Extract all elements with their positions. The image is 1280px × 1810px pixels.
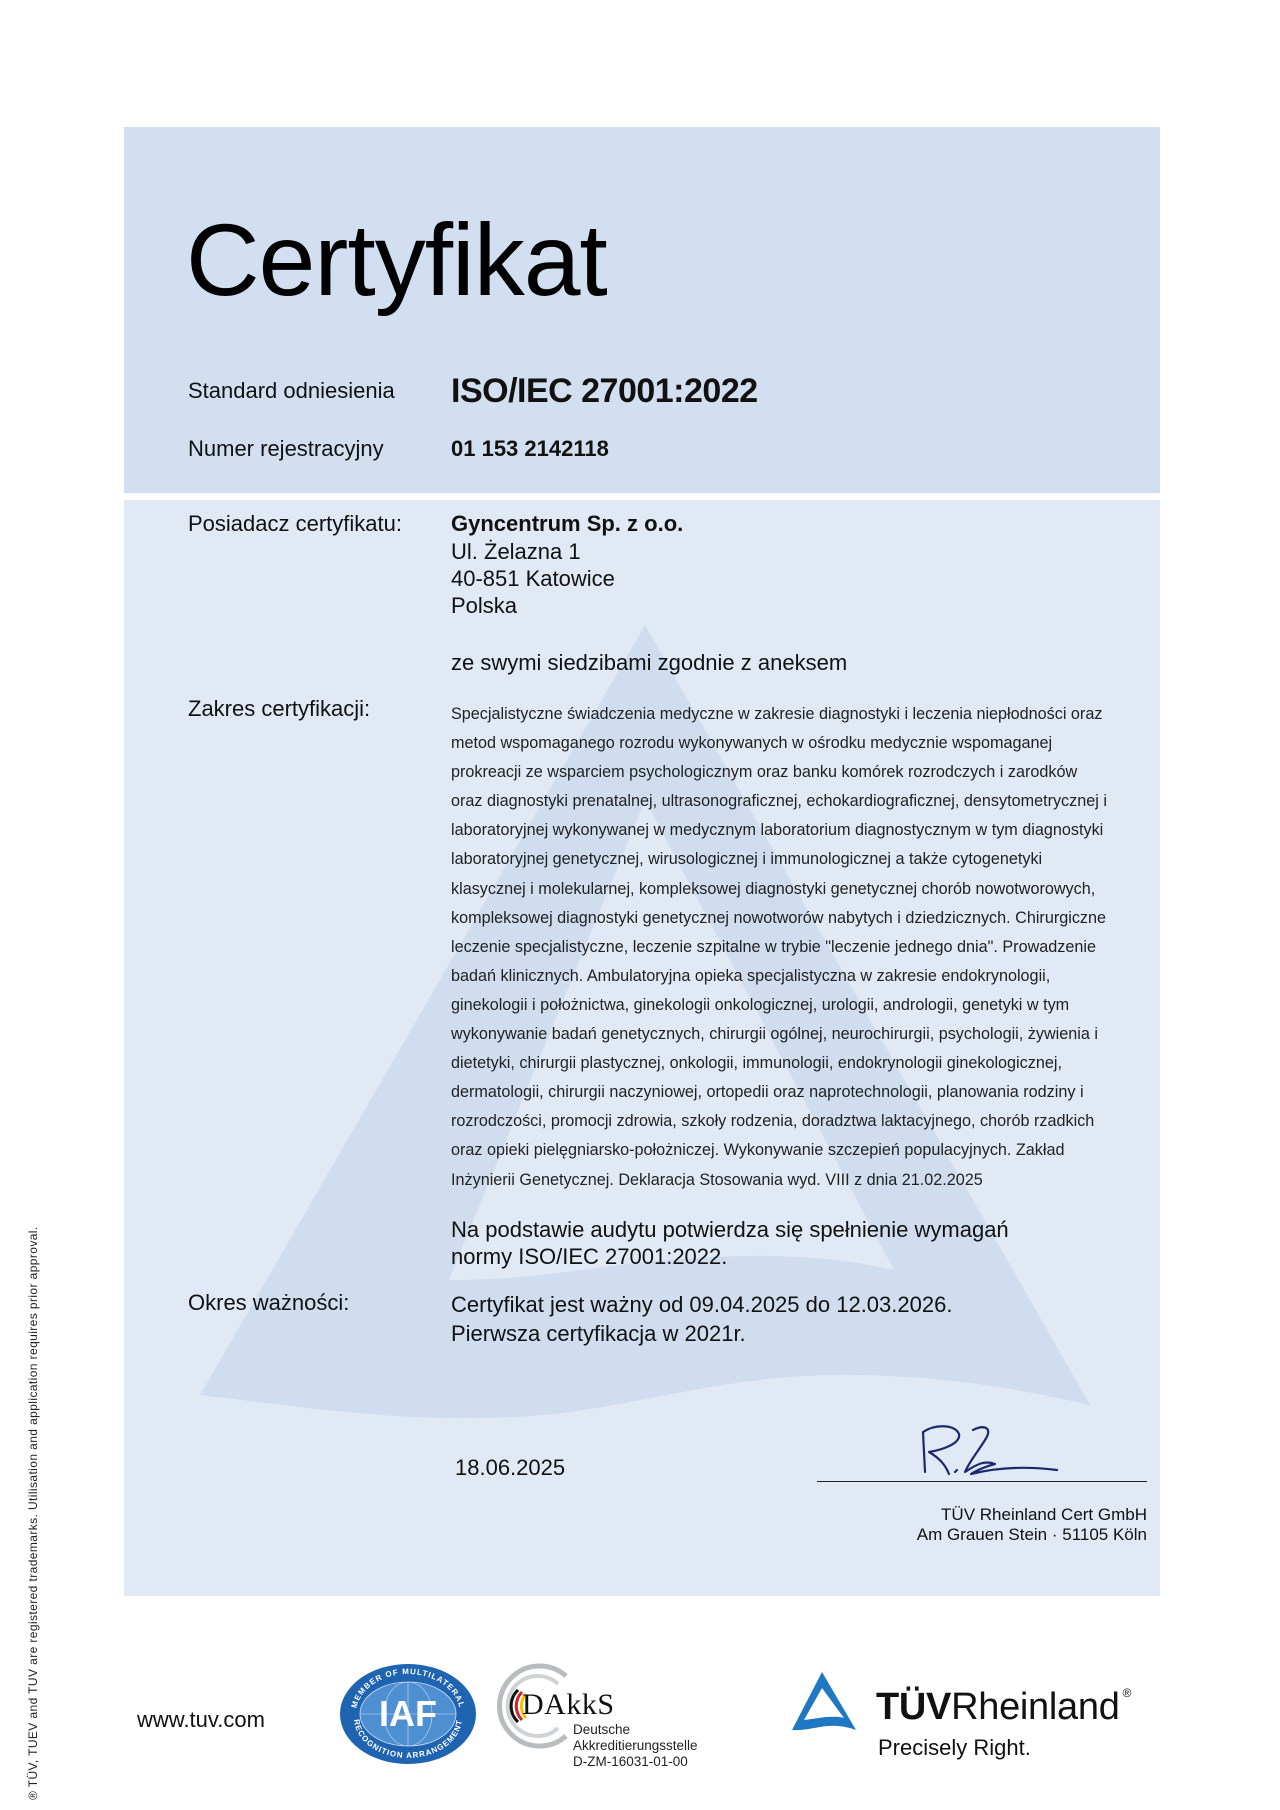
rheinland-text: Rheinland (951, 1686, 1119, 1728)
address-city: 40-851 Katowice (451, 565, 615, 592)
scope-line: kompleksowej diagnostyki genetycznej now… (451, 904, 1161, 933)
issue-date: 18.06.2025 (455, 1455, 565, 1481)
tuv-triangle-logo-icon (790, 1672, 862, 1734)
validity-text: Certyfikat jest ważny od 09.04.2025 do 1… (451, 1290, 952, 1348)
dakks-line: Deutsche (573, 1722, 698, 1738)
holder-name: Gyncentrum Sp. z o.o. (451, 511, 683, 537)
signature-icon (915, 1420, 1065, 1480)
conformity-line: Na podstawie audytu potwierdza się spełn… (451, 1216, 1009, 1243)
certificate-title: Certyfikat (186, 200, 607, 320)
validity-label: Okres ważności: (188, 1290, 349, 1316)
scope-line: rozrodczości, promocji zdrowia, szkoły r… (451, 1107, 1161, 1136)
trademark-notice: ® TÜV, TUEV and TUV are registered trade… (26, 1226, 40, 1800)
tuv-bold: TÜV (876, 1686, 951, 1728)
scope-line: metod wspomaganego rozrodu wykonywanych … (451, 729, 1161, 758)
dakks-title: DAkkS (522, 1688, 615, 1722)
scope-line: prokreacji ze wsparciem psychologicznym … (451, 758, 1161, 787)
registration-label: Numer rejestracyjny (188, 436, 384, 462)
standard-value: ISO/IEC 27001:2022 (451, 372, 758, 411)
scope-line: dermatologii, chirurgii naczyniowej, ort… (451, 1078, 1161, 1107)
standard-label: Standard odniesienia (188, 378, 395, 404)
conformity-statement: Na podstawie audytu potwierdza się spełn… (451, 1216, 1009, 1270)
dakks-line: Akkreditierungsstelle (573, 1738, 698, 1754)
signature-line (817, 1481, 1147, 1482)
svg-text:IAF: IAF (379, 1693, 437, 1734)
annex-note: ze swymi siedzibami zgodnie z aneksem (451, 650, 847, 676)
dakks-accreditation-number: D-ZM-16031-01-00 (573, 1754, 698, 1770)
scope-line: Specjalistyczne świadczenia medyczne w z… (451, 700, 1161, 729)
issuer-name: TÜV Rheinland Cert GmbH (917, 1505, 1147, 1525)
tuv-rheinland-wordmark: TÜVRheinland® (876, 1686, 1131, 1729)
tuv-slogan: Precisely Right. (878, 1735, 1031, 1761)
scope-line: oraz opieki pielęgniarsko-położniczej. W… (451, 1136, 1161, 1165)
scope-line: wykonywanie badań genetycznych, chirurgi… (451, 1020, 1161, 1049)
dakks-subtitle: Deutsche Akkreditierungsstelle D-ZM-1603… (573, 1722, 698, 1770)
scope-line: klasycznej i molekularnej, kompleksowej … (451, 875, 1161, 904)
scope-line: laboratoryjnej wykonywanej w medycznym l… (451, 816, 1161, 845)
scope-line: oraz diagnostyki prenatalnej, ultrasonog… (451, 787, 1161, 816)
address-street: Ul. Żelazna 1 (451, 538, 615, 565)
scope-line: Inżynierii Genetycznej. Deklaracja Stoso… (451, 1166, 1161, 1195)
first-certification: Pierwsza certyfikacja w 2021r. (451, 1319, 952, 1348)
scope-line: dietetyki, chirurgii plastycznej, onkolo… (451, 1049, 1161, 1078)
issuer-block: TÜV Rheinland Cert GmbH Am Grauen Stein … (917, 1505, 1147, 1545)
scope-line: leczenie specjalistyczne, leczenie szpit… (451, 933, 1161, 962)
scope-line: ginekologii i położnictwa, ginekologii o… (451, 991, 1161, 1020)
conformity-line: normy ISO/IEC 27001:2022. (451, 1243, 1009, 1270)
holder-address: Ul. Żelazna 1 40-851 Katowice Polska (451, 538, 615, 619)
scope-line: badań klinicznych. Ambulatoryjna opieka … (451, 962, 1161, 991)
validity-period: Certyfikat jest ważny od 09.04.2025 do 1… (451, 1290, 952, 1319)
address-country: Polska (451, 592, 615, 619)
holder-label: Posiadacz certyfikatu: (188, 511, 402, 537)
scope-label: Zakres certyfikacji: (188, 696, 370, 722)
issuer-address: Am Grauen Stein · 51105 Köln (917, 1525, 1147, 1545)
scope-text: Specjalistyczne świadczenia medyczne w z… (451, 700, 1161, 1195)
website-link[interactable]: www.tuv.com (137, 1707, 265, 1733)
registration-number: 01 153 2142118 (451, 436, 609, 462)
iaf-logo-icon: IAF MEMBER OF MULTILATERAL RECOGNITION A… (338, 1662, 478, 1766)
scope-line: laboratoryjnej genetycznej, wirusologicz… (451, 845, 1161, 874)
registered-mark: ® (1123, 1686, 1132, 1700)
